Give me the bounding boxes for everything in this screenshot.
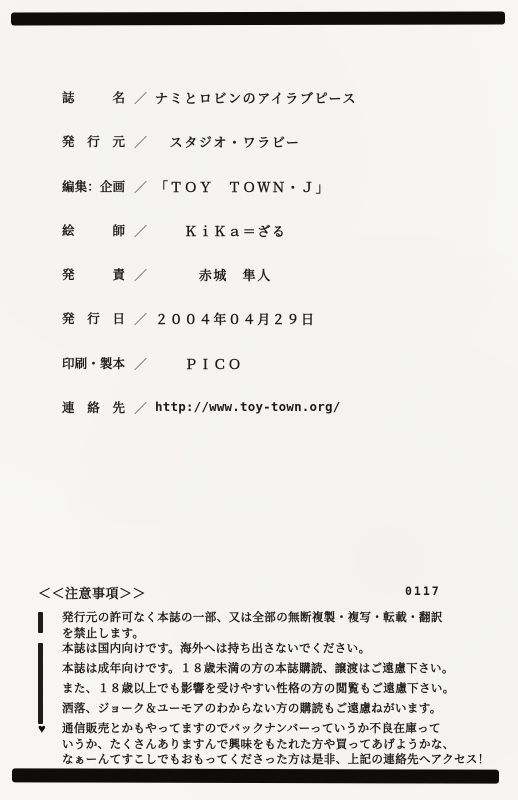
colophon-value: ＫｉＫａ＝ざる xyxy=(155,221,286,240)
notice-line: 発行元の許可なく本誌の一部、又は全部の無断複製・複写・転載・翻訳 xyxy=(62,611,443,627)
notice-text: 発行元の許可なく本誌の一部、又は全部の無断複製・複写・転載・翻訳を禁止します。 xyxy=(62,611,443,642)
colophon-row: 発責 ／ 赤城 隼人 xyxy=(62,265,357,279)
notice-marker-column xyxy=(38,702,62,722)
colophon-slash: ／ xyxy=(134,398,147,417)
colophon-row: 印刷・製本 ／ ＰＩＣＯ xyxy=(62,354,357,368)
notice-line: 洒落、ジョーク＆ユーモアのわからない方の購読もご遠慮ねがいます。 xyxy=(62,702,442,718)
colophon-label: 編集：企画 xyxy=(62,177,125,195)
notice-marker-column: ♥ xyxy=(38,722,62,769)
notice-line: を禁止します。 xyxy=(62,627,443,643)
colophon-row: 誌名 ／ ナミとロビンのアイラブピース xyxy=(62,88,357,102)
notice-item: 発行元の許可なく本誌の一部、又は全部の無断複製・複写・転載・翻訳を禁止します。 xyxy=(38,611,490,642)
notice-line: 本誌は成年向けです。１８歳未満の方の本誌購読、譲渡はご遠慮下さい。 xyxy=(62,662,454,678)
colophon-slash: ／ xyxy=(134,221,147,240)
colophon-value: ＰＩＣＯ xyxy=(155,354,243,373)
colophon-value: 「ＴＯＹ ＴＯＷＮ・Ｊ」 xyxy=(155,177,330,196)
colophon-label: 印刷・製本 xyxy=(62,354,125,372)
notice-list: 発行元の許可なく本誌の一部、又は全部の無断複製・複写・転載・翻訳を禁止します。 … xyxy=(38,611,490,769)
colophon-slash: ／ xyxy=(134,354,147,373)
notice-line: 通信販売とかもやってますのでバックナンバーっていうか不良在庫って xyxy=(62,722,490,738)
notice-text: 本誌は成年向けです。１８歳未満の方の本誌購読、譲渡はご遠慮下さい。 xyxy=(62,662,454,682)
notice-marker-column xyxy=(38,611,62,642)
colophon-label: 絵師 xyxy=(62,221,125,239)
colophon-label: 連絡先 xyxy=(62,398,125,416)
colophon-label: 発行元 xyxy=(62,132,125,150)
notice-item: また、１８歳以上でも影響を受けやすい性格の方の閲覧もご遠慮下さい。 xyxy=(38,682,490,702)
colophon-value: 赤城 隼人 xyxy=(155,265,272,284)
checkbox-icon xyxy=(38,643,43,664)
checkbox-icon xyxy=(38,612,43,633)
notices-header-row: ＜＜注意事項＞＞ 0117 xyxy=(38,583,490,599)
scan-artifact-bottom-bar xyxy=(12,768,499,783)
colophon-row: 編集：企画 ／ 「ＴＯＹ ＴＯＷＮ・Ｊ」 xyxy=(62,177,357,191)
notice-item: 本誌は国内向けです。海外へは持ち出さないでください。 xyxy=(38,642,490,662)
colophon-label: 誌名 xyxy=(62,88,125,106)
notice-text: また、１８歳以上でも影響を受けやすい性格の方の閲覧もご遠慮下さい。 xyxy=(62,682,455,702)
colophon-slash: ／ xyxy=(134,88,147,107)
colophon-value: ナミとロビンのアイラブピース xyxy=(155,88,357,107)
colophon-slash: ／ xyxy=(134,177,147,196)
heart-icon: ♥ xyxy=(38,723,62,734)
colophon-row: 絵師 ／ ＫｉＫａ＝ざる xyxy=(62,221,357,235)
colophon-slash: ／ xyxy=(134,309,147,328)
colophon-row: 連絡先 ／ http://www.toy-town.org/ xyxy=(62,398,357,412)
notice-line: 本誌は国内向けです。海外へは持ち出さないでください。 xyxy=(62,642,370,658)
notice-item: 本誌は成年向けです。１８歳未満の方の本誌購読、譲渡はご遠慮下さい。 xyxy=(38,662,490,682)
colophon-slash: ／ xyxy=(134,132,147,151)
colophon-label: 発行日 xyxy=(62,309,125,327)
colophon-value: スタジオ・ワラビー xyxy=(155,132,300,151)
colophon-value: ２００４年０４月２９日 xyxy=(155,309,316,328)
checkbox-icon xyxy=(38,663,43,684)
notice-text: 本誌は国内向けです。海外へは持ち出さないでください。 xyxy=(62,642,370,662)
notices-block: ＜＜注意事項＞＞ 0117 発行元の許可なく本誌の一部、又は全部の無断複製・複写… xyxy=(38,583,490,769)
notice-line: いうか、たくさんありますんで興味をもたれた方や買ってあげようかな、 xyxy=(62,738,490,754)
notice-line: なぁーんてすこしでもおもってくださった方は是非、上記の連絡先へアクセス！ xyxy=(62,753,490,769)
colophon-value: http://www.toy-town.org/ xyxy=(155,398,340,414)
notice-item: 洒落、ジョーク＆ユーモアのわからない方の購読もご遠慮ねがいます。 xyxy=(38,702,490,722)
colophon-block: 誌名 ／ ナミとロビンのアイラブピース 発行元 ／ スタジオ・ワラビー 編集：企… xyxy=(62,88,357,442)
scan-artifact-top-bar xyxy=(11,11,505,25)
notice-text: 洒落、ジョーク＆ユーモアのわからない方の購読もご遠慮ねがいます。 xyxy=(62,702,442,722)
colophon-row: 発行元 ／ スタジオ・ワラビー xyxy=(62,132,357,146)
notice-text: 通信販売とかもやってますのでバックナンバーっていうか不良在庫っていうか、たくさん… xyxy=(62,722,490,769)
notice-marker-column xyxy=(38,662,62,682)
notice-marker-column xyxy=(38,642,62,662)
colophon-slash: ／ xyxy=(134,265,147,284)
notices-heading: ＜＜注意事項＞＞ xyxy=(38,586,146,601)
notice-item: ♥ 通信販売とかもやってますのでバックナンバーっていうか不良在庫っていうか、たく… xyxy=(38,722,490,769)
colophon-label: 発責 xyxy=(62,265,125,283)
page-number: 0117 xyxy=(405,584,441,598)
notice-marker-column xyxy=(38,682,62,702)
notice-line: また、１８歳以上でも影響を受けやすい性格の方の閲覧もご遠慮下さい。 xyxy=(62,682,455,698)
checkbox-icon xyxy=(38,683,43,704)
colophon-row: 発行日 ／ ２００４年０４月２９日 xyxy=(62,309,357,323)
